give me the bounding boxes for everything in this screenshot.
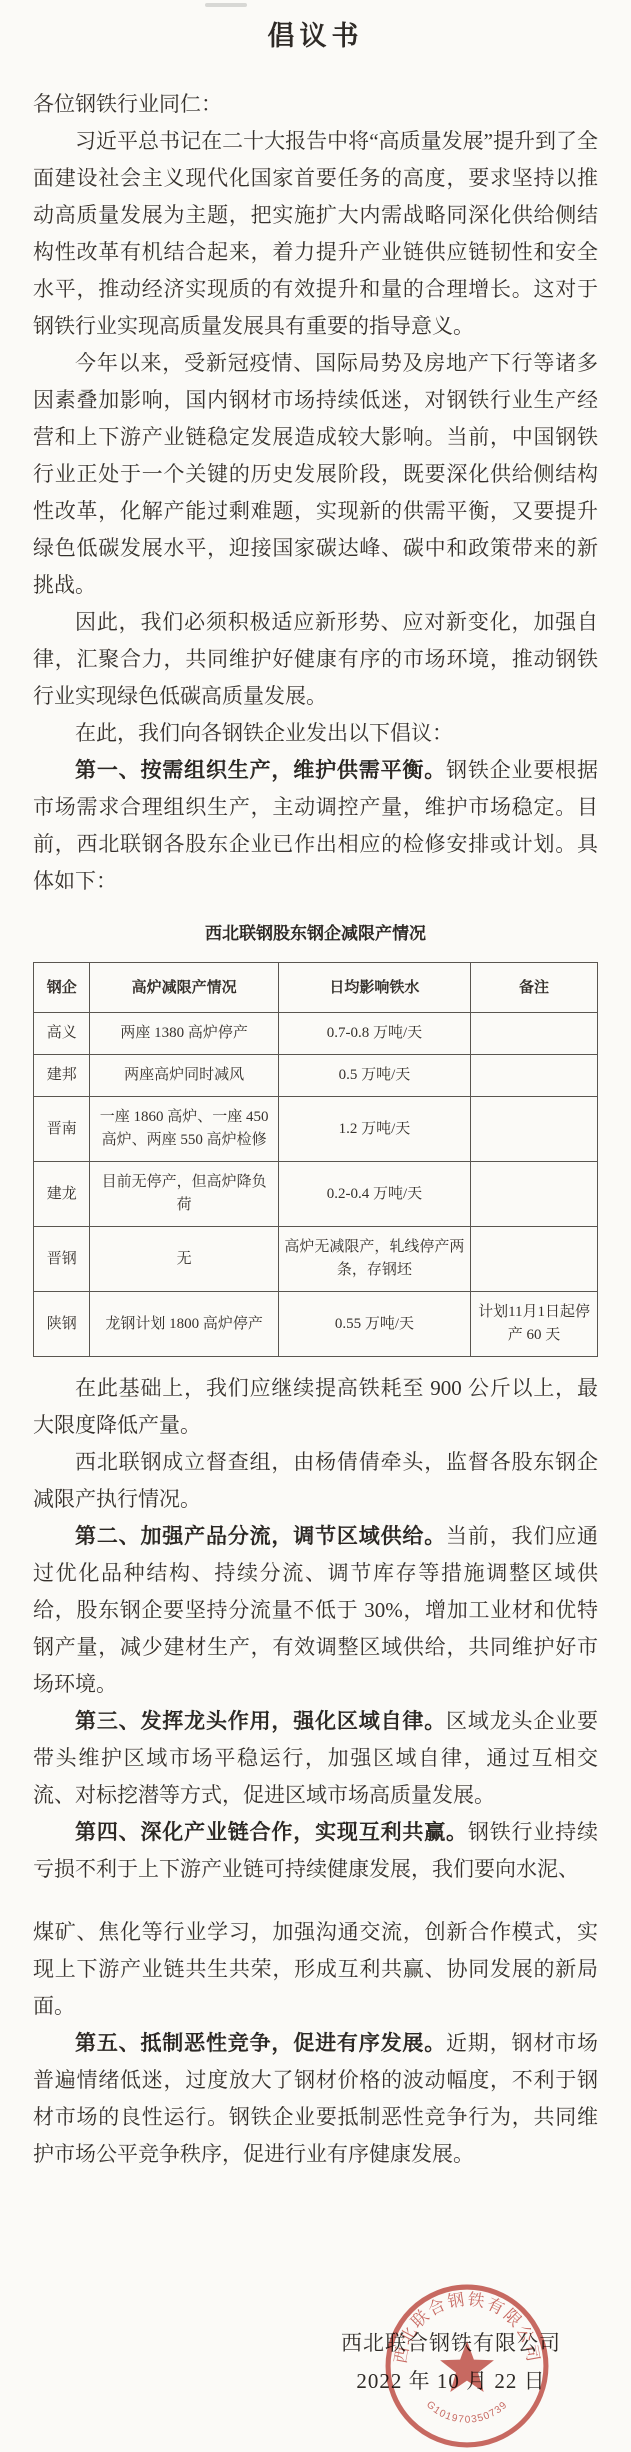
document-title: 倡议书	[0, 0, 631, 53]
table-cell: 一座 1860 高炉、一座 450 高炉、两座 550 高炉检修	[90, 1097, 278, 1162]
table-cell: 1.2 万吨/天	[278, 1097, 470, 1162]
paragraph: 因此，我们必须积极适应新形势、应对新变化，加强自律，汇聚合力，共同维护好健康有序…	[33, 604, 598, 715]
paragraph-initiative-3: 第三、发挥龙头作用，强化区域自律。区域龙头企业要带头维护区域市场平稳运行，加强区…	[33, 1703, 598, 1814]
table-cell: 无	[90, 1227, 278, 1292]
table-row: 建邦 两座高炉同时减风 0.5 万吨/天	[34, 1055, 598, 1097]
document-page: 倡议书 各位钢铁行业同仁： 习近平总书记在二十大报告中将“高质量发展”提升到了全…	[0, 0, 631, 2452]
initiative-3-heading: 第三、发挥龙头作用，强化区域自律。	[75, 1710, 446, 1733]
paragraph-text: 今年以来，受新冠疫情、国际局势及房地产下行等诸多因素叠加影响，国内钢材市场持续低…	[33, 351, 598, 597]
svg-text:G101970350739: G101970350739	[424, 2399, 510, 2425]
reduction-table: 钢企 高炉减限产情况 日均影响铁水 备注 高义 两座 1380 高炉停产 0.7…	[33, 962, 598, 1357]
paragraph-text: 在此，我们向各钢铁企业发出以下倡议：	[75, 721, 453, 745]
table-title: 西北联钢股东钢企减限产情况	[33, 915, 598, 952]
initiative-5-heading: 第五、抵制恶性竞争，促进有序发展。	[75, 2032, 446, 2055]
paragraph-text: 因此，我们必须积极适应新形势、应对新变化，加强自律，汇聚合力，共同维护好健康有序…	[33, 610, 598, 708]
table-cell: 0.5 万吨/天	[278, 1055, 470, 1097]
greeting: 各位钢铁行业同仁：	[33, 86, 598, 123]
company-seal: 西北联合钢铁有限公司 G101970350739	[383, 2280, 551, 2452]
paragraph-text: 煤矿、焦化等行业学习，加强沟通交流，创新合作模式，实现上下游产业链共生共荣，形成…	[33, 1920, 598, 2018]
table-cell: 0.55 万吨/天	[278, 1292, 470, 1357]
table-row: 晋钢 无 高炉无减限产，轧线停产两条，存钢坯	[34, 1227, 598, 1292]
table-header-row: 钢企 高炉减限产情况 日均影响铁水 备注	[34, 963, 598, 1013]
table-row: 建龙 目前无停产，但高炉降负荷 0.2-0.4 万吨/天	[34, 1162, 598, 1227]
table-cell	[471, 1013, 598, 1055]
table-cell: 高炉无减限产，轧线停产两条，存钢坯	[278, 1227, 470, 1292]
document-body: 各位钢铁行业同仁： 习近平总书记在二十大报告中将“高质量发展”提升到了全面建设社…	[33, 86, 598, 2173]
initiative-4-heading: 第四、深化产业链合作，实现互利共赢。	[75, 1821, 468, 1844]
table-cell: 0.7-0.8 万吨/天	[278, 1013, 470, 1055]
paragraph-initiative-1: 第一、按需组织生产，维护供需平衡。钢铁企业要根据市场需求合理组织生产，主动调控产…	[33, 752, 598, 900]
table-cell: 建龙	[34, 1162, 90, 1227]
star-icon	[440, 2341, 494, 2392]
table-header-cell: 备注	[471, 963, 598, 1013]
paragraph: 西北联钢成立督查组，由杨倩倩牵头，监督各股东钢企减限产执行情况。	[33, 1444, 598, 1518]
table-cell	[471, 1097, 598, 1162]
paragraph: 今年以来，受新冠疫情、国际局势及房地产下行等诸多因素叠加影响，国内钢材市场持续低…	[33, 345, 598, 604]
table-cell: 两座高炉同时减风	[90, 1055, 278, 1097]
table-header-cell: 钢企	[34, 963, 90, 1013]
table-row: 陕钢 龙钢计划 1800 高炉停产 0.55 万吨/天 计划11月1日起停产 6…	[34, 1292, 598, 1357]
paragraph: 在此，我们向各钢铁企业发出以下倡议：	[33, 715, 598, 752]
table-cell: 0.2-0.4 万吨/天	[278, 1162, 470, 1227]
table-cell: 目前无停产，但高炉降负荷	[90, 1162, 278, 1227]
table-header-cell: 高炉减限产情况	[90, 963, 278, 1013]
initiative-2-heading: 第二、加强产品分流，调节区域供给。	[75, 1525, 446, 1548]
table-cell	[471, 1162, 598, 1227]
paragraph-initiative-5: 第五、抵制恶性竞争，促进有序发展。近期，钢材市场普遍情绪低迷，过度放大了钢材价格…	[33, 2025, 598, 2173]
paragraph-text: 在此基础上，我们应继续提高铁耗至 900 公斤以上，最大限度降低产量。	[33, 1376, 598, 1437]
table-cell: 陕钢	[34, 1292, 90, 1357]
table-cell: 晋钢	[34, 1227, 90, 1292]
paragraph-initiative-4: 第四、深化产业链合作，实现互利共赢。钢铁行业持续亏损不利于上下游产业链可持续健康…	[33, 1814, 598, 1888]
scan-artifact	[205, 3, 247, 7]
table-cell	[471, 1227, 598, 1292]
seal-code: G101970350739	[424, 2399, 510, 2425]
table-cell: 建邦	[34, 1055, 90, 1097]
table-row: 高义 两座 1380 高炉停产 0.7-0.8 万吨/天	[34, 1013, 598, 1055]
initiative-1-heading: 第一、按需组织生产，维护供需平衡。	[75, 759, 446, 782]
table-row: 晋南 一座 1860 高炉、一座 450 高炉、两座 550 高炉检修 1.2 …	[34, 1097, 598, 1162]
paragraph: 习近平总书记在二十大报告中将“高质量发展”提升到了全面建设社会主义现代化国家首要…	[33, 123, 598, 345]
table-cell: 两座 1380 高炉停产	[90, 1013, 278, 1055]
paragraph: 煤矿、焦化等行业学习，加强沟通交流，创新合作模式，实现上下游产业链共生共荣，形成…	[33, 1914, 598, 2025]
paragraph: 在此基础上，我们应继续提高铁耗至 900 公斤以上，最大限度降低产量。	[33, 1370, 598, 1444]
paragraph-initiative-2: 第二、加强产品分流，调节区域供给。当前，我们应通过优化品种结构、持续分流、调节库…	[33, 1518, 598, 1703]
table-header-cell: 日均影响铁水	[278, 963, 470, 1013]
table-cell: 计划11月1日起停产 60 天	[471, 1292, 598, 1357]
table-cell: 龙钢计划 1800 高炉停产	[90, 1292, 278, 1357]
table-cell: 高义	[34, 1013, 90, 1055]
table-cell	[471, 1055, 598, 1097]
paragraph-text: 西北联钢成立督查组，由杨倩倩牵头，监督各股东钢企减限产执行情况。	[33, 1450, 598, 1511]
paragraph-text: 当前，我们应通过优化品种结构、持续分流、调节库存等措施调整区域供给，股东钢企要坚…	[33, 1524, 598, 1696]
table-cell: 晋南	[34, 1097, 90, 1162]
paragraph-text: 习近平总书记在二十大报告中将“高质量发展”提升到了全面建设社会主义现代化国家首要…	[33, 129, 598, 338]
